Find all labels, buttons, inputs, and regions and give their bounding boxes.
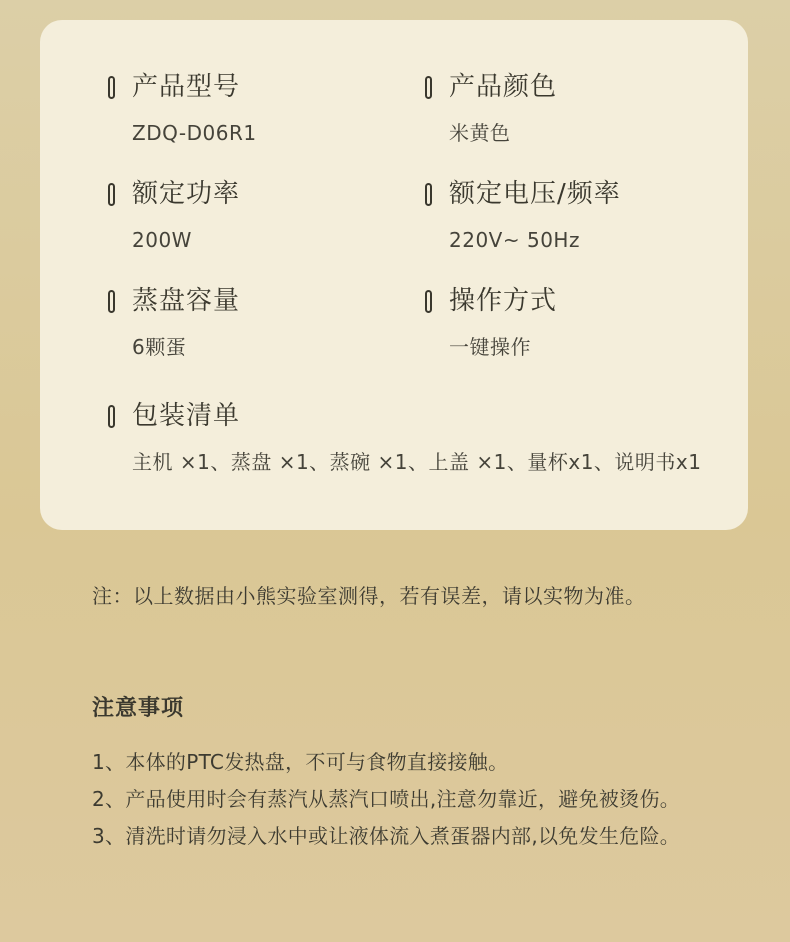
spec-label-row: 产品型号 (108, 74, 425, 100)
spec-value: 一键操作 (449, 335, 718, 359)
precautions-title: 注意事项 (92, 691, 184, 722)
spec-value: ZDQ-D06R1 (132, 121, 425, 145)
product-spec-page: { "theme": { "background": "#dac795", "c… (0, 0, 790, 942)
spec-label: 蒸盘容量 (132, 288, 240, 314)
spec-label: 额定电压/频率 (449, 181, 621, 207)
spec-label: 产品型号 (132, 74, 240, 100)
spec-label-row: 包装清单 (108, 403, 718, 429)
spec-label-row: 产品颜色 (425, 74, 718, 100)
spec-bullet-icon (108, 76, 115, 99)
spec-label-row: 蒸盘容量 (108, 288, 425, 314)
spec-bullet-icon (108, 183, 115, 206)
spec-label: 额定功率 (132, 181, 240, 207)
spec-label: 包装清单 (132, 403, 240, 429)
spec-value: 200W (132, 228, 425, 252)
spec-bullet-icon (108, 405, 115, 428)
spec-value: 220V~ 50Hz (449, 228, 718, 252)
spec-label-row: 额定电压/频率 (425, 181, 718, 207)
spec-value: 主机 ×1、蒸盘 ×1、蒸碗 ×1、上盖 ×1、量杯x1、说明书x1 (132, 450, 718, 474)
spec-label-row: 额定功率 (108, 181, 425, 207)
spec-bullet-icon (425, 183, 432, 206)
precaution-item: 1、本体的PTC发热盘，不可与食物直接接触。 (92, 744, 680, 781)
spec-value: 米黄色 (449, 121, 718, 145)
spec-item-capacity: 蒸盘容量 6颗蛋 (108, 288, 425, 359)
precaution-item: 2、产品使用时会有蒸汽从蒸汽口喷出,注意勿靠近，避免被烫伤。 (92, 781, 680, 818)
precaution-item: 3、清洗时请勿浸入水中或让液体流入煮蛋器内部,以免发生危险。 (92, 818, 680, 855)
spec-label: 操作方式 (449, 288, 557, 314)
spec-value: 6颗蛋 (132, 335, 425, 359)
product-spec-card: 产品型号 ZDQ-D06R1 产品颜色 米黄色 额定功率 200W 额定电压/频… (40, 20, 748, 530)
lab-data-note: 注：以上数据由小熊实验室测得，若有误差，请以实物为准。 (92, 580, 646, 609)
spec-label-row: 操作方式 (425, 288, 718, 314)
spec-item-model: 产品型号 ZDQ-D06R1 (108, 74, 425, 145)
spec-label: 产品颜色 (449, 74, 557, 100)
spec-item-power: 额定功率 200W (108, 181, 425, 252)
spec-item-voltage: 额定电压/频率 220V~ 50Hz (425, 181, 718, 252)
spec-item-color: 产品颜色 米黄色 (425, 74, 718, 145)
spec-grid: 产品型号 ZDQ-D06R1 产品颜色 米黄色 额定功率 200W 额定电压/频… (108, 74, 718, 474)
spec-item-operation: 操作方式 一键操作 (425, 288, 718, 359)
spec-bullet-icon (425, 290, 432, 313)
spec-bullet-icon (425, 76, 432, 99)
spec-bullet-icon (108, 290, 115, 313)
spec-item-packing-list: 包装清单 主机 ×1、蒸盘 ×1、蒸碗 ×1、上盖 ×1、量杯x1、说明书x1 (108, 403, 718, 474)
precautions-list: 1、本体的PTC发热盘，不可与食物直接接触。 2、产品使用时会有蒸汽从蒸汽口喷出… (92, 744, 680, 855)
